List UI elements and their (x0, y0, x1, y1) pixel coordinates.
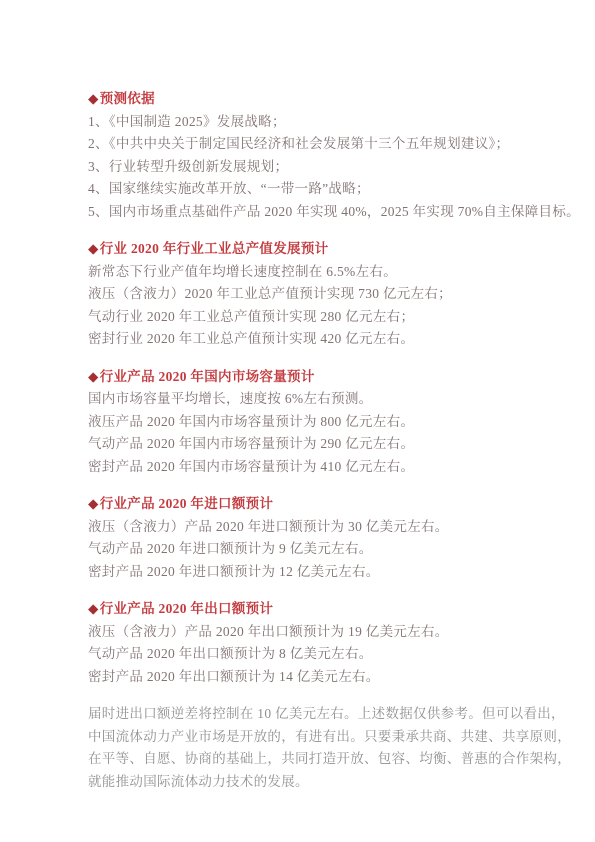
section-heading: ◆行业产品 2020 年进口额预计 (88, 493, 515, 516)
diamond-bullet-icon: ◆ (88, 601, 99, 616)
text-line: 气动产品 2020 年进口额预计为 9 亿美元左右。 (88, 538, 515, 561)
text-line: 气动产品 2020 年出口额预计为 8 亿美元左右。 (88, 643, 515, 666)
text-line: 2、《中共中央关于制定国民经济和社会发展第十三个五年规划建议》； (88, 133, 515, 156)
diamond-bullet-icon: ◆ (88, 241, 99, 256)
section-heading-text: 行业 2020 年行业工业总产值发展预计 (100, 241, 329, 256)
document-page: ◆预测依据 1、《中国制造 2025》发展战略； 2、《中共中央关于制定国民经济… (0, 0, 595, 842)
section-heading-text: 行业产品 2020 年国内市场容量预计 (100, 369, 315, 384)
section-heading-text: 预测依据 (100, 91, 155, 106)
section-heading-text: 行业产品 2020 年出口额预计 (100, 601, 274, 616)
closing-paragraph-line: 中国流体动力产业市场是开放的，有进有出。只要秉承共商、共建、共享原则， (88, 726, 515, 749)
text-line: 新常态下行业产值年均增长速度控制在 6.5%左右。 (88, 261, 515, 284)
text-line: 密封产品 2020 年国内市场容量预计为 410 亿元左右。 (88, 456, 515, 479)
diamond-bullet-icon: ◆ (88, 496, 99, 511)
section-heading: ◆行业 2020 年行业工业总产值发展预计 (88, 238, 515, 261)
text-line: 液压产品 2020 年国内市场容量预计为 800 亿元左右。 (88, 411, 515, 434)
text-line: 气动产品 2020 年国内市场容量预计为 290 亿元左右。 (88, 433, 515, 456)
text-line: 密封产品 2020 年出口额预计为 14 亿美元左右。 (88, 666, 515, 689)
text-line: 5、国内市场重点基础件产品 2020 年实现 40%，2025 年实现 70%自… (88, 201, 515, 224)
diamond-bullet-icon: ◆ (88, 369, 99, 384)
text-line: 4、国家继续实施改革开放、“一带一路”战略； (88, 178, 515, 201)
text-line: 液压（含液力）产品 2020 年进口额预计为 30 亿美元左右。 (88, 516, 515, 539)
text-line: 气动行业 2020 年工业总产值预计实现 280 亿元左右； (88, 306, 515, 329)
section-heading: ◆行业产品 2020 年国内市场容量预计 (88, 366, 515, 389)
text-line: 1、《中国制造 2025》发展战略； (88, 111, 515, 134)
text-line: 3、行业转型升级创新发展规划； (88, 156, 515, 179)
closing-paragraph-line: 届时进出口额逆差将控制在 10 亿美元左右。上述数据仅供参考。但可以看出， (88, 703, 515, 726)
text-line: 密封产品 2020 年进口额预计为 12 亿美元左右。 (88, 561, 515, 584)
section-heading: ◆预测依据 (88, 88, 515, 111)
section-heading: ◆行业产品 2020 年出口额预计 (88, 598, 515, 621)
closing-paragraph-line: 在平等、自愿、协商的基础上，共同打造开放、包容、均衡、普惠的合作架构， (88, 748, 515, 771)
section-heading-text: 行业产品 2020 年进口额预计 (100, 496, 274, 511)
section-forecast-basis: ◆预测依据 1、《中国制造 2025》发展战略； 2、《中共中央关于制定国民经济… (88, 88, 515, 223)
section-export-forecast: ◆行业产品 2020 年出口额预计 液压（含液力）产品 2020 年出口额预计为… (88, 598, 515, 688)
text-line: 液压（含液力）产品 2020 年出口额预计为 19 亿美元左右。 (88, 621, 515, 644)
closing-paragraph-line: 就能推动国际流体动力技术的发展。 (88, 771, 515, 794)
section-industrial-output: ◆行业 2020 年行业工业总产值发展预计 新常态下行业产值年均增长速度控制在 … (88, 238, 515, 351)
diamond-bullet-icon: ◆ (88, 91, 99, 106)
text-line: 液压（含液力）2020 年工业总产值预计实现 730 亿元左右； (88, 283, 515, 306)
section-domestic-market: ◆行业产品 2020 年国内市场容量预计 国内市场容量平均增长，速度按 6%左右… (88, 366, 515, 479)
section-import-forecast: ◆行业产品 2020 年进口额预计 液压（含液力）产品 2020 年进口额预计为… (88, 493, 515, 583)
closing-paragraph: 届时进出口额逆差将控制在 10 亿美元左右。上述数据仅供参考。但可以看出， 中国… (88, 703, 515, 793)
text-line: 国内市场容量平均增长，速度按 6%左右预测。 (88, 388, 515, 411)
text-line: 密封行业 2020 年工业总产值预计实现 420 亿元左右。 (88, 328, 515, 351)
